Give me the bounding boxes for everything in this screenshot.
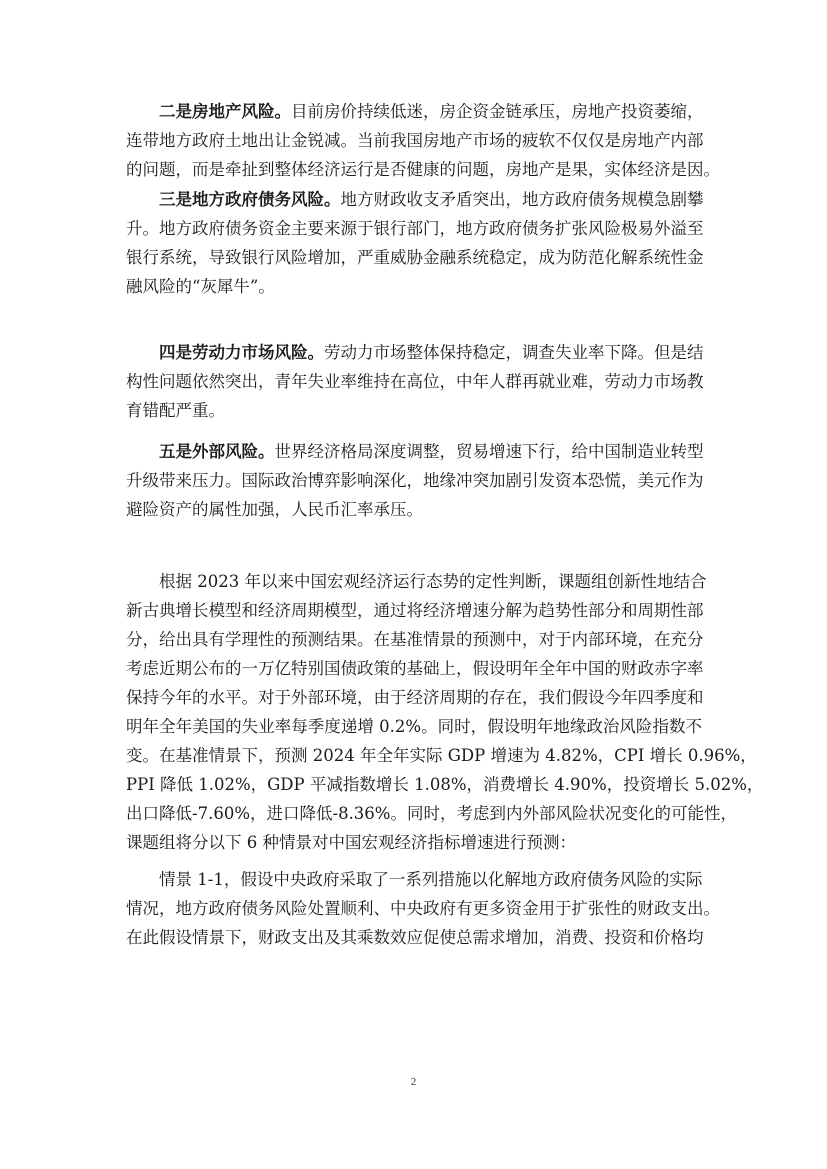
- paragraph-real-estate-line-3: 的问题，而是牵扯到整体经济运行是否健康的问题，房地产是果，实体经济是因。: [126, 159, 702, 181]
- paragraph-real-estate-line-1: 二是房地产风险。目前房价持续低迷，房企资金链承压，房地产投资萎缩，: [159, 101, 702, 123]
- paragraph-scenario-line-1: 情景 1-1，假设中央政府采取了一系列措施以化解地方政府债务风险的实际: [159, 869, 702, 891]
- paragraph-lead-labor: 四是劳动力市场风险。: [159, 343, 324, 362]
- paragraph-labor-line-2: 构性问题依然突出，青年失业率维持在高位，中年人群再就业难，劳动力市场教: [126, 371, 702, 393]
- paragraph-forecast-line-1: 根据 2023 年以来中国宏观经济运行态势的定性判断，课题组创新性地结合: [159, 571, 702, 593]
- paragraph-forecast-line-5: 保持今年的水平。对于外部环境，由于经济周期的存在，我们假设今年四季度和: [126, 687, 702, 709]
- paragraph-local-debt-line-2: 升。地方政府债务资金主要来源于银行部门，地方政府债务扩张风险极易外溢至: [126, 218, 702, 240]
- paragraph-scenario-line-3: 在此假设情景下，财政支出及其乘数效应促使总需求增加，消费、投资和价格均: [126, 927, 702, 949]
- paragraph-external-line-3: 避险资产的属性加强，人民币汇率承压。: [126, 499, 702, 521]
- paragraph-external-line-1: 五是外部风险。世界经济格局深度调整，贸易增速下行，给中国制造业转型: [159, 441, 702, 463]
- paragraph-local-debt-line-3: 银行系统，导致银行风险增加，严重威胁金融系统稳定，成为防范化解系统性金: [126, 247, 702, 269]
- document-page: 二是房地产风险。目前房价持续低迷，房企资金链承压，房地产投资萎缩， 连带地方政府…: [0, 0, 827, 1169]
- page-number: 2: [0, 1076, 827, 1088]
- paragraph-labor-line-3: 育错配严重。: [126, 400, 702, 422]
- paragraph-forecast-line-6: 明年全年美国的失业率每季度递增 0.2%。同时，假设明年地缘政治风险指数不: [126, 716, 702, 738]
- paragraph-real-estate-line-2: 连带地方政府土地出让金锐减。当前我国房地产市场的疲软不仅仅是房地产内部: [126, 130, 702, 152]
- paragraph-local-debt-line-4: 融风险的“灰犀牛”。: [126, 276, 702, 298]
- paragraph-forecast-line-2: 新古典增长模型和经济周期模型，通过将经济增速分解为趋势性部分和周期性部: [126, 600, 702, 622]
- paragraph-labor-line-1: 四是劳动力市场风险。劳动力市场整体保持稳定，调查失业率下降。但是结: [159, 342, 702, 364]
- paragraph-local-debt-line-1: 三是地方政府债务风险。地方财政收支矛盾突出，地方政府债务规模急剧攀: [159, 189, 702, 211]
- paragraph-forecast-line-3: 分，给出具有学理性的预测结果。在基准情景的预测中，对于内部环境，在充分: [126, 629, 702, 651]
- paragraph-forecast-line-4: 考虑近期公布的一万亿特别国债政策的基础上，假设明年全年中国的财政赤字率: [126, 658, 702, 680]
- paragraph-scenario-line-2: 情况，地方政府债务风险处置顺利、中央政府有更多资金用于扩张性的财政支出。: [126, 898, 702, 920]
- paragraph-forecast-line-8: PPI 降低 1.02%，GDP 平减指数增长 1.08%，消费增长 4.90%…: [126, 774, 702, 796]
- paragraph-forecast-line-9: 出口降低-7.60%，进口降低-8.36%。同时，考虑到内外部风险状况变化的可能…: [126, 803, 702, 825]
- paragraph-forecast-line-10: 课题组将分以下 6 种情景对中国宏观经济指标增速进行预测：: [126, 832, 702, 854]
- paragraph-lead-external: 五是外部风险。: [159, 442, 275, 461]
- paragraph-external-line-2: 升级带来压力。国际政治博弈影响深化，地缘冲突加剧引发资本恐慌，美元作为: [126, 470, 702, 492]
- paragraph-lead-real-estate: 二是房地产风险。: [159, 102, 291, 121]
- paragraph-forecast-line-7: 变。在基准情景下，预测 2024 年全年实际 GDP 增速为 4.82%，CPI…: [126, 745, 702, 767]
- paragraph-lead-local-debt: 三是地方政府债务风险。: [159, 190, 341, 209]
